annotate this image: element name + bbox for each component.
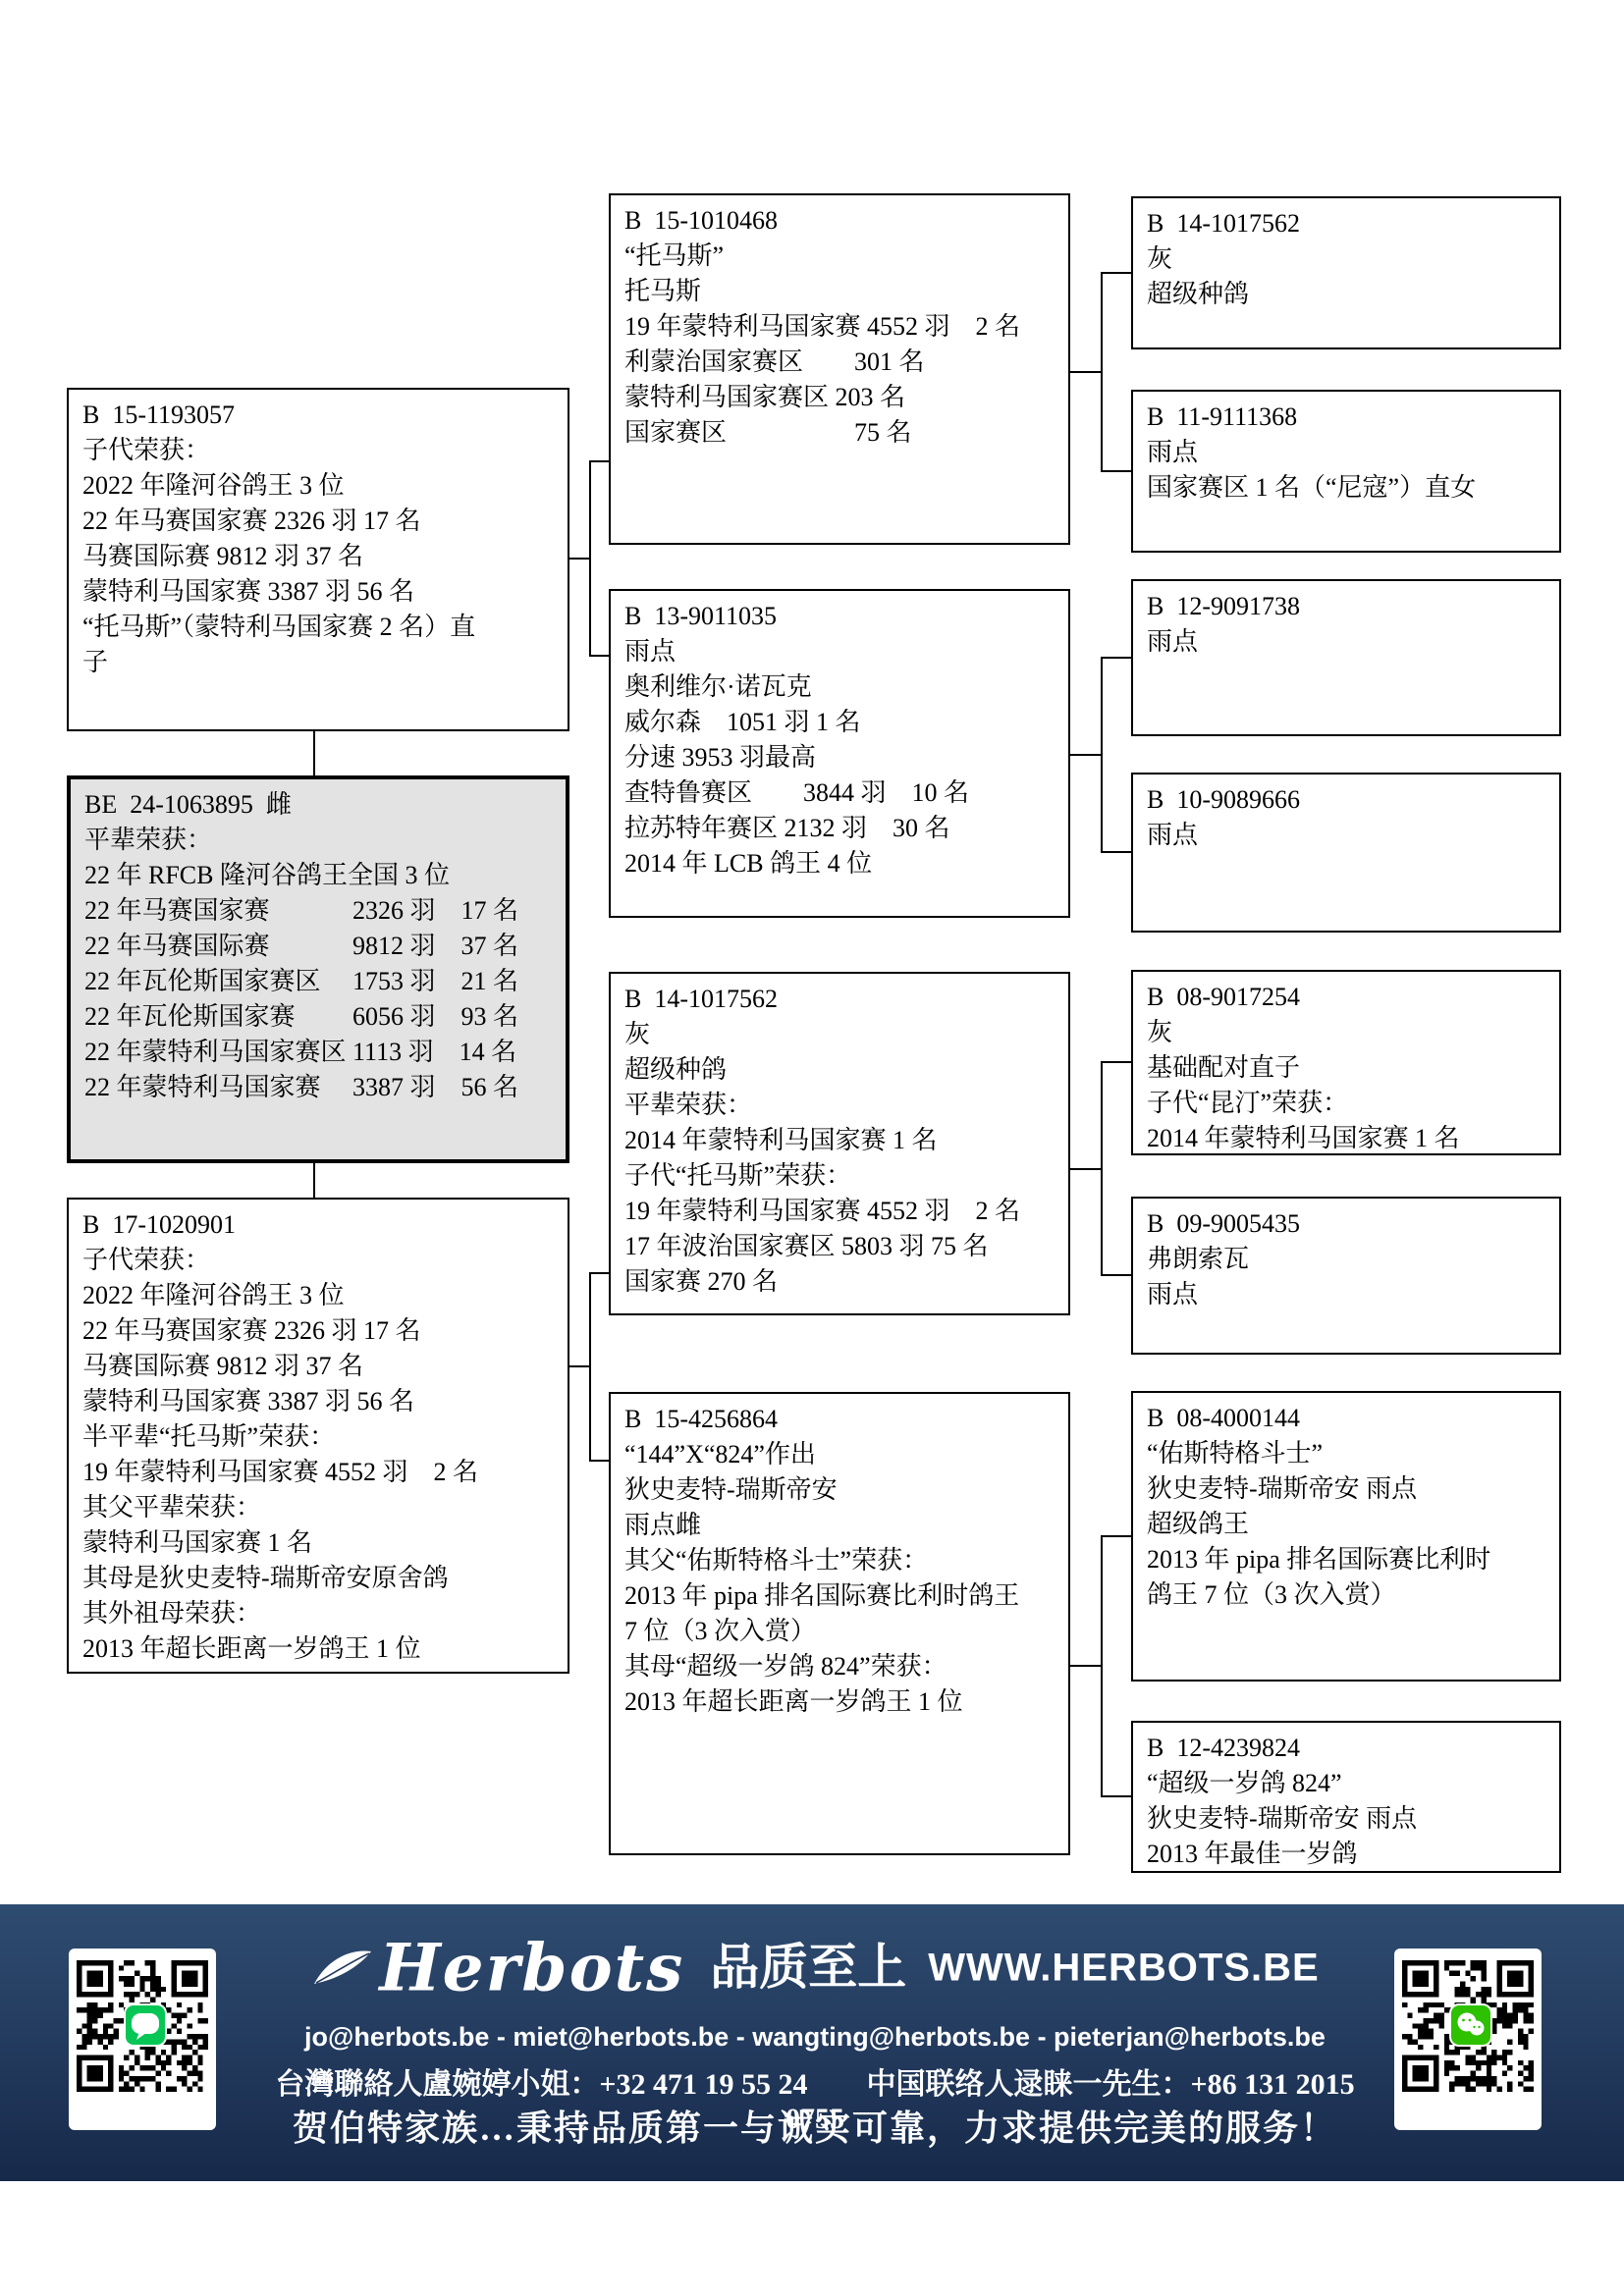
connector-line [591, 1272, 609, 1274]
pedigree-text-line: 灰 [1147, 241, 1545, 277]
pedigree-text-line: 子代荣获： [82, 1243, 554, 1278]
pedigree-text-line: 2014 年蒙特利马国家赛 1 名 [624, 1123, 1055, 1158]
pedigree-text-line: 雨点 [1147, 818, 1545, 853]
pedigree-text-line: 22 年马赛国际赛 9812 羽 37 名 [84, 929, 552, 964]
pedigree-text-line: 马赛国际赛 9812 羽 37 名 [82, 1349, 554, 1384]
connector-line [1103, 851, 1131, 853]
feather-icon [310, 1947, 373, 1988]
connector-line [1101, 272, 1103, 472]
line-icon [124, 2003, 167, 2047]
pedigree-text-line: 其母是狄史麦特-瑞斯帝安原舍鸽 [82, 1561, 554, 1596]
wechat-qr-code [1394, 1949, 1542, 2130]
pedigree-text-line: 7 位（3 次入赏） [624, 1614, 1055, 1649]
pedigree-text-line: 22 年蒙特利马国家赛 3387 羽 56 名 [84, 1070, 552, 1105]
pedigree-text-line: 托马斯 [624, 274, 1055, 309]
pedigree-text-line: 蒙特利马国家赛 3387 羽 56 名 [82, 574, 554, 610]
pedigree-text-line: 雨点 [624, 634, 1055, 669]
connector-line [1070, 1665, 1101, 1667]
pedigree-box-sire-sire-sire: B 14-1017562灰超级种鸽 [1131, 196, 1561, 349]
pedigree-text-line: 22 年马赛国家赛 2326 羽 17 名 [84, 893, 552, 929]
pedigree-box-dam-dam-sire: B 08-4000144“佑斯特格斗士”狄史麦特-瑞斯帝安 雨点超级鸽王2013… [1131, 1391, 1561, 1682]
pedigree-text-line: “托马斯”（蒙特利马国家赛 2 名）直 [82, 610, 554, 645]
pedigree-text-line: 基础配对直子 [1147, 1050, 1545, 1086]
connector-line [589, 460, 591, 657]
connector-line [1103, 1274, 1131, 1276]
pedigree-text-line: B 15-1010468 [624, 203, 1055, 239]
line-qr-code [69, 1949, 216, 2130]
pedigree-box-sire: B 15-1193057子代荣获：2022 年隆河谷鸽王 3 位22 年马赛国家… [67, 388, 569, 731]
pedigree-text-line: 19 年蒙特利马国家赛 4552 羽 2 名 [82, 1455, 554, 1490]
pedigree-text-line: 2013 年 pipa 排名国际赛比利时 [1147, 1542, 1545, 1577]
pedigree-text-line: B 15-4256864 [624, 1402, 1055, 1437]
pedigree-text-line: B 14-1017562 [1147, 206, 1545, 241]
pedigree-box-sire-sire-dam: B 11-9111368雨点国家赛区 1 名（“尼寇”）直女 [1131, 390, 1561, 553]
pedigree-text-line: 狄史麦特-瑞斯帝安 雨点 [1147, 1801, 1545, 1837]
pedigree-text-line: B 17-1020901 [82, 1207, 554, 1243]
pedigree-text-line: 22 年马赛国家赛 2326 羽 17 名 [82, 504, 554, 539]
pedigree-text-line: 其母“超级一岁鸽 824”荣获： [624, 1649, 1055, 1684]
pedigree-text-line: B 11-9111368 [1147, 400, 1545, 435]
pedigree-text-line: 雨点 [1147, 624, 1545, 660]
pedigree-text-line: B 10-9089666 [1147, 782, 1545, 818]
pedigree-text-line: 子 [82, 645, 554, 680]
pedigree-text-line: 狄史麦特-瑞斯帝安 [624, 1472, 1055, 1508]
pedigree-text-line: 2014 年蒙特利马国家赛 1 名 [1147, 1121, 1545, 1155]
pedigree-text-line: “144”X“824”作出 [624, 1437, 1055, 1472]
connector-line [591, 655, 609, 657]
pedigree-text-line: 弗朗索瓦 [1147, 1242, 1545, 1277]
brand-slogan: 品质至上 [710, 1940, 906, 1995]
pedigree-text-line: 蒙特利马国家赛 1 名 [82, 1525, 554, 1561]
pedigree-text-line: B 12-4239824 [1147, 1731, 1545, 1766]
footer-banner: Herbots品质至上WWW.HERBOTS.BE jo@herbots.be … [0, 1904, 1624, 2181]
pedigree-box-dam-sire-sire: B 08-9017254灰基础配对直子子代“昆汀”荣获：2014 年蒙特利马国家… [1131, 970, 1561, 1155]
pedigree-text-line: 鸽王 7 位（3 次入赏） [1147, 1577, 1545, 1613]
pedigree-text-line: 超级种鸽 [624, 1052, 1055, 1088]
connector-line [1101, 1061, 1103, 1276]
pedigree-text-line: 2013 年 pipa 排名国际赛比利时鸽王 [624, 1578, 1055, 1614]
website-url: WWW.HERBOTS.BE [928, 1946, 1319, 1989]
pedigree-text-line: 2013 年最佳一岁鸽 [1147, 1837, 1545, 1872]
pedigree-text-line: 2022 年隆河谷鸽王 3 位 [82, 1278, 554, 1313]
pedigree-text-line: BE 24-1063895 雌 [84, 787, 552, 823]
connector-line [1103, 1795, 1131, 1797]
pedigree-text-line: 马赛国际赛 9812 羽 37 名 [82, 539, 554, 574]
connector-line [1101, 657, 1103, 853]
footer-tagline: 贺伯特家族…秉持品质第一与诚实可靠，力求提供完美的服务！ [245, 2101, 1384, 2151]
pedigree-text-line: 蒙特利马国家赛区 203 名 [624, 380, 1055, 415]
pedigree-text-line: 雨点雌 [624, 1508, 1055, 1543]
pedigree-text-line: 其父平辈荣获： [82, 1490, 554, 1525]
pedigree-text-line: B 15-1193057 [82, 398, 554, 433]
pedigree-text-line: 子代“昆汀”荣获： [1147, 1086, 1545, 1121]
connector-line [1103, 1535, 1131, 1537]
connector-line [1103, 470, 1131, 472]
connector-line [1103, 657, 1131, 659]
brand-logo-text: Herbots [379, 1929, 684, 2005]
pedigree-text-line: “托马斯” [624, 239, 1055, 274]
pedigree-text-line: B 08-9017254 [1147, 980, 1545, 1015]
pedigree-text-line: 雨点 [1147, 1277, 1545, 1312]
pedigree-text-line: 平辈荣获： [624, 1088, 1055, 1123]
pedigree-text-line: 利蒙治国家赛区 301 名 [624, 345, 1055, 380]
pedigree-text-line: 国家赛 270 名 [624, 1264, 1055, 1300]
pedigree-box-dam-sire: B 14-1017562灰超级种鸽平辈荣获：2014 年蒙特利马国家赛 1 名子… [609, 972, 1070, 1315]
pedigree-box-dam-sire-dam: B 09-9005435弗朗索瓦雨点 [1131, 1197, 1561, 1355]
pedigree-text-line: 2013 年超长距离一岁鸽王 1 位 [624, 1684, 1055, 1720]
pedigree-text-line: 2014 年 LCB 鸽王 4 位 [624, 846, 1055, 881]
pedigree-text-line: B 14-1017562 [624, 982, 1055, 1017]
pedigree-text-line: B 09-9005435 [1147, 1206, 1545, 1242]
pedigree-text-line: 查特鲁赛区 3844 羽 10 名 [624, 775, 1055, 811]
pedigree-box-sire-sire: B 15-1010468“托马斯”托马斯19 年蒙特利马国家赛 4552 羽 2… [609, 193, 1070, 545]
pedigree-text-line: 奥利维尔·诺瓦克 [624, 669, 1055, 705]
connector-line [1070, 1168, 1101, 1170]
wechat-icon [1449, 2003, 1492, 2047]
connector-line [1101, 1535, 1103, 1797]
connector-line [591, 460, 609, 462]
pedigree-text-line: B 12-9091738 [1147, 589, 1545, 624]
connector-line [569, 558, 589, 560]
pedigree-text-line: 国家赛区 75 名 [624, 415, 1055, 451]
pedigree-box-dam-dam: B 15-4256864“144”X“824”作出狄史麦特-瑞斯帝安雨点雌其父“… [609, 1392, 1070, 1855]
connector-line [1103, 1061, 1131, 1063]
pedigree-text-line: 22 年 RFCB 隆河谷鸽王全国 3 位 [84, 858, 552, 893]
pedigree-text-line: 国家赛区 1 名（“尼寇”）直女 [1147, 470, 1545, 506]
pedigree-text-line: “佑斯特格斗士” [1147, 1436, 1545, 1471]
pedigree-box-sire-dam-sire: B 12-9091738雨点 [1131, 579, 1561, 736]
pedigree-text-line: 灰 [624, 1017, 1055, 1052]
pedigree-text-line: 平辈荣获： [84, 823, 552, 858]
pedigree-text-line: 子代荣获： [82, 433, 554, 468]
connector-line [313, 731, 315, 775]
pedigree-text-line: 22 年蒙特利马国家赛区 1113 羽 14 名 [84, 1035, 552, 1070]
pedigree-text-line: B 08-4000144 [1147, 1401, 1545, 1436]
brand-row: Herbots品质至上WWW.HERBOTS.BE [245, 1926, 1384, 2008]
pedigree-box-sire-dam: B 13-9011035雨点奥利维尔·诺瓦克威尔森 1051 羽 1 名分速 3… [609, 589, 1070, 918]
pedigree-text-line: 拉苏特年赛区 2132 羽 30 名 [624, 811, 1055, 846]
pedigree-text-line: 其外祖母荣获： [82, 1596, 554, 1631]
pedigree-text-line: 子代“托马斯”荣获： [624, 1158, 1055, 1194]
pedigree-box-dam: B 17-1020901子代荣获：2022 年隆河谷鸽王 3 位22 年马赛国家… [67, 1198, 569, 1674]
pedigree-box-dam-dam-dam: B 12-4239824“超级一岁鸽 824”狄史麦特-瑞斯帝安 雨点2013 … [1131, 1721, 1561, 1873]
pedigree-text-line: 分速 3953 羽最高 [624, 740, 1055, 775]
connector-line [313, 1163, 315, 1198]
contact-emails: jo@herbots.be - miet@herbots.be - wangti… [245, 2022, 1384, 2053]
pedigree-text-line: 威尔森 1051 羽 1 名 [624, 705, 1055, 740]
pedigree-text-line: “超级一岁鸽 824” [1147, 1766, 1545, 1801]
pedigree-text-line: 雨点 [1147, 435, 1545, 470]
pedigree-text-line: 半平辈“托马斯”荣获： [82, 1419, 554, 1455]
pedigree-box-subject: BE 24-1063895 雌平辈荣获：22 年 RFCB 隆河谷鸽王全国 3 … [67, 775, 569, 1163]
pedigree-text-line: 2013 年超长距离一岁鸽王 1 位 [82, 1631, 554, 1667]
pedigree-text-line: 17 年波治国家赛区 5803 羽 75 名 [624, 1229, 1055, 1264]
pedigree-text-line: 22 年瓦伦斯国家赛 6056 羽 93 名 [84, 999, 552, 1035]
connector-line [569, 1365, 589, 1367]
pedigree-text-line: 狄史麦特-瑞斯帝安 雨点 [1147, 1471, 1545, 1507]
pedigree-text-line: 灰 [1147, 1015, 1545, 1050]
pedigree-box-sire-dam-dam: B 10-9089666雨点 [1131, 773, 1561, 933]
pedigree-text-line: 超级鸽王 [1147, 1507, 1545, 1542]
pedigree-text-line: 2022 年隆河谷鸽王 3 位 [82, 468, 554, 504]
pedigree-text-line: 22 年瓦伦斯国家赛区 1753 羽 21 名 [84, 964, 552, 999]
pedigree-text-line: 19 年蒙特利马国家赛 4552 羽 2 名 [624, 1194, 1055, 1229]
connector-line [1070, 754, 1101, 756]
pedigree-text-line: 其父“佑斯特格斗士”荣获： [624, 1543, 1055, 1578]
connector-line [1103, 272, 1131, 274]
pedigree-text-line: 蒙特利马国家赛 3387 羽 56 名 [82, 1384, 554, 1419]
pedigree-text-line: 超级种鸽 [1147, 277, 1545, 312]
pedigree-text-line: 19 年蒙特利马国家赛 4552 羽 2 名 [624, 309, 1055, 345]
connector-line [1070, 371, 1101, 373]
pedigree-text-line: B 13-9011035 [624, 599, 1055, 634]
pedigree-text-line: 22 年马赛国家赛 2326 羽 17 名 [82, 1313, 554, 1349]
pedigree-certificate-page: B 15-1193057子代荣获：2022 年隆河谷鸽王 3 位22 年马赛国家… [0, 0, 1624, 2296]
connector-line [591, 1460, 609, 1462]
connector-line [589, 1272, 591, 1462]
